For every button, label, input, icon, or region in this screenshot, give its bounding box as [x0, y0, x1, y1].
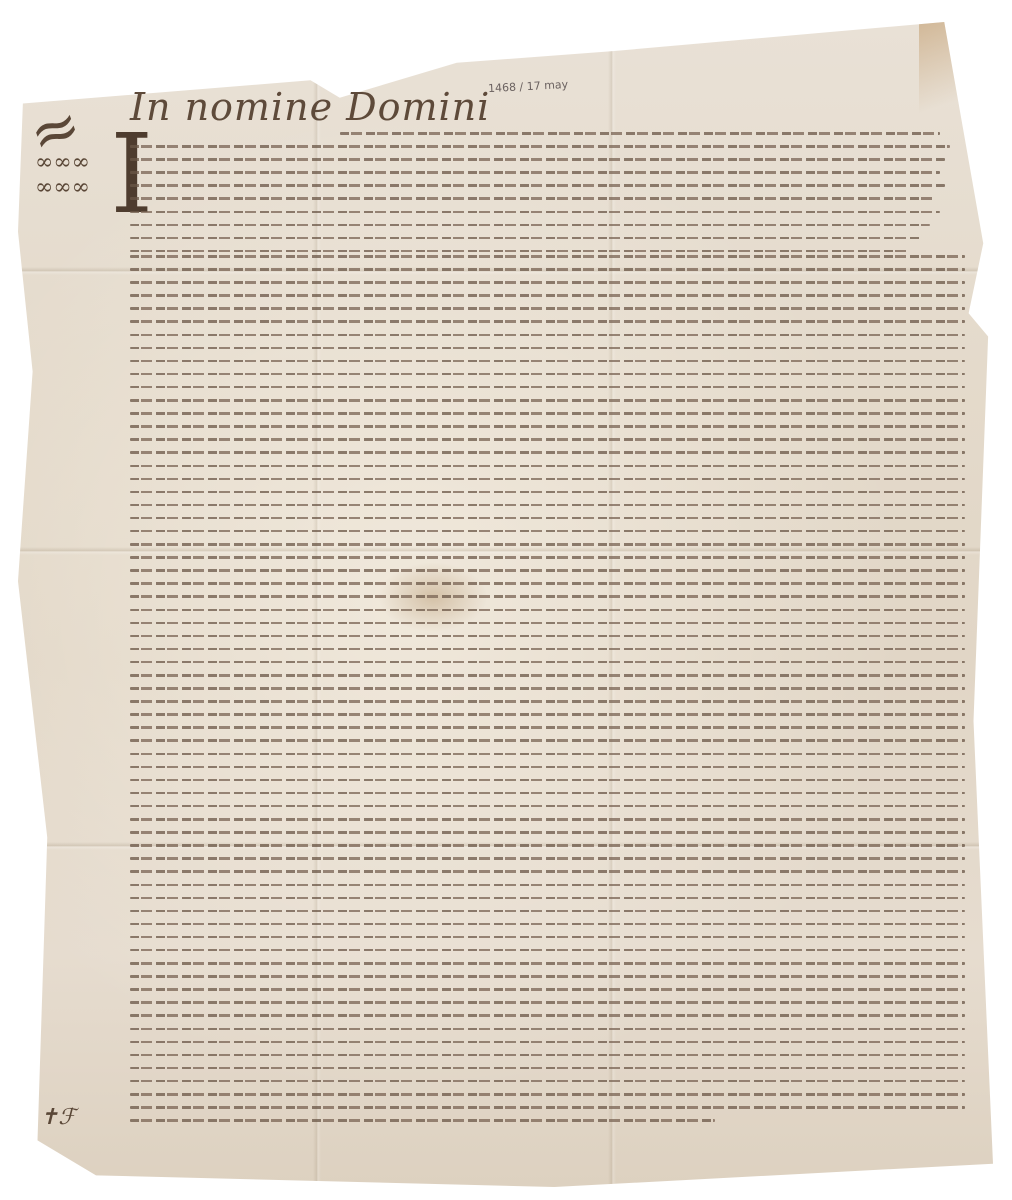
script-line [130, 936, 965, 939]
script-line [130, 334, 965, 337]
script-line [130, 713, 965, 716]
script-line [130, 294, 965, 297]
script-line [130, 412, 965, 415]
script-line [130, 975, 965, 978]
script-line [130, 224, 930, 227]
script-line [340, 132, 940, 135]
script-line [130, 753, 965, 756]
script-line [130, 171, 940, 174]
script-line [130, 504, 965, 507]
script-line [130, 805, 965, 808]
script-line [130, 726, 965, 729]
script-line [130, 399, 965, 402]
script-line [130, 307, 965, 310]
script-line [130, 962, 965, 965]
initial-flourish-icon: ∞∞∞ [35, 175, 90, 200]
script-line [130, 897, 965, 900]
script-line [130, 818, 965, 821]
script-line [130, 360, 965, 363]
script-line [130, 347, 965, 350]
script-line [130, 582, 965, 585]
script-line [130, 988, 965, 991]
script-line [130, 255, 965, 258]
script-line [130, 910, 965, 913]
script-line [130, 158, 945, 161]
script-line [130, 250, 910, 253]
decorated-initial: ≈ ∞∞∞ ∞∞∞ I [30, 95, 140, 245]
script-line [130, 145, 950, 148]
script-line [130, 949, 965, 952]
script-line [130, 530, 965, 533]
script-line [130, 622, 965, 625]
script-line [130, 923, 965, 926]
script-line [130, 451, 965, 454]
script-line [130, 595, 965, 598]
notarial-sign: ✝ℱ [40, 1105, 76, 1130]
script-line [130, 1054, 965, 1057]
script-line [130, 438, 965, 441]
script-line [130, 857, 965, 860]
document-body-lower [130, 255, 965, 1132]
script-line [130, 491, 965, 494]
script-line [130, 739, 965, 742]
script-line [130, 517, 965, 520]
script-line [130, 687, 965, 690]
script-line [130, 478, 965, 481]
script-line [130, 197, 935, 200]
script-line [130, 211, 940, 214]
script-line [130, 1041, 965, 1044]
script-line [130, 1014, 965, 1017]
script-line [130, 320, 965, 323]
script-line [130, 870, 965, 873]
script-line [130, 237, 920, 240]
script-line [130, 543, 965, 546]
script-line [130, 766, 965, 769]
document-body-upper [130, 132, 960, 263]
script-line [130, 1067, 965, 1070]
script-line [130, 1080, 965, 1083]
script-line [130, 609, 965, 612]
script-line [130, 281, 965, 284]
script-line [130, 831, 965, 834]
script-line [130, 779, 965, 782]
script-line [130, 661, 965, 664]
script-line [130, 635, 965, 638]
script-line [130, 268, 965, 271]
script-line [130, 373, 965, 376]
script-line [130, 184, 945, 187]
document-heading: In nomine Domini [130, 85, 490, 129]
corner-stain [919, 22, 979, 132]
script-line [130, 556, 965, 559]
script-line [130, 1028, 965, 1031]
script-line [130, 1119, 715, 1122]
script-line [130, 1001, 965, 1004]
script-line [130, 386, 965, 389]
script-line [130, 884, 965, 887]
script-line [130, 844, 965, 847]
script-line [130, 1106, 965, 1109]
script-line [130, 648, 965, 651]
script-line [130, 425, 965, 428]
initial-flourish-icon: ∞∞∞ [35, 150, 90, 175]
notarial-sign-icon: ✝ℱ [40, 1105, 76, 1130]
script-line [130, 792, 965, 795]
script-line [130, 1093, 965, 1096]
script-line [130, 700, 965, 703]
script-line [130, 674, 965, 677]
script-line [130, 465, 965, 468]
script-line [130, 569, 965, 572]
